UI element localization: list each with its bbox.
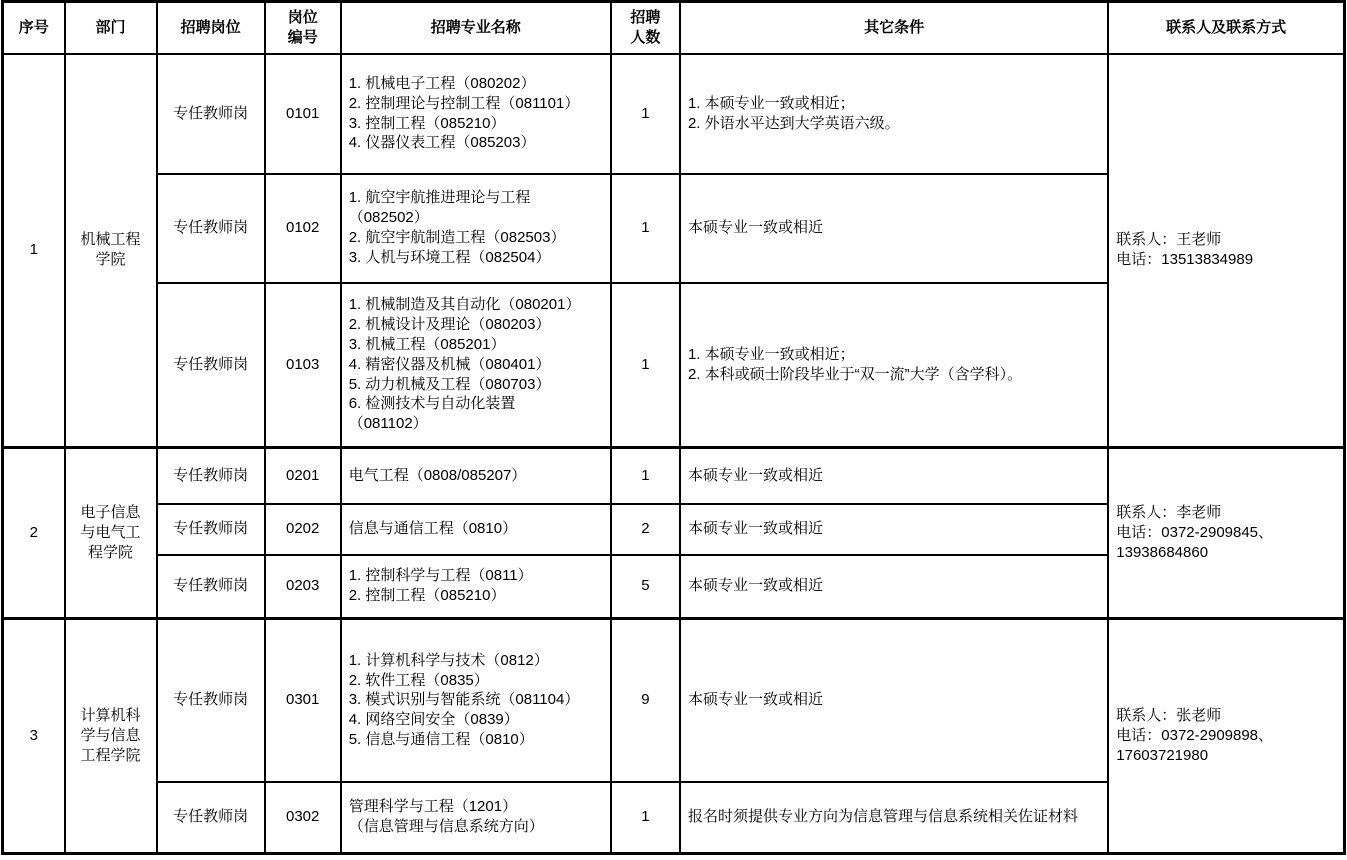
cell-majors: 电气工程（0808/085207） [341, 448, 611, 504]
cell-contact: 联系人：李老师 电话：0372-2909845、 13938684860 [1108, 448, 1344, 619]
cell-post-code: 0301 [265, 619, 341, 782]
cell-post-code: 0302 [265, 782, 341, 854]
cell-majors: 信息与通信工程（0810） [341, 504, 611, 555]
cell-majors: 1. 控制科学与工程（0811） 2. 控制工程（085210） [341, 555, 611, 619]
cell-post-code: 0203 [265, 555, 341, 619]
cell-conditions: 本硕专业一致或相近 [680, 619, 1108, 782]
cell-majors: 管理科学与工程（1201） （信息管理与信息系统方向） [341, 782, 611, 854]
table-row: 2 电子信息 与电气工 程学院 专任教师岗 0201 电气工程（0808/085… [3, 448, 1345, 504]
cell-post-title: 专任教师岗 [157, 174, 265, 283]
cell-post-title: 专任教师岗 [157, 619, 265, 782]
cell-post-title: 专任教师岗 [157, 782, 265, 854]
cell-majors: 1. 航空宇航推进理论与工程 （082502） 2. 航空宇航制造工程（0825… [341, 174, 611, 283]
cell-contact: 联系人：王老师 电话：13513834989 [1108, 54, 1344, 448]
cell-department: 计算机科 学与信息 工程学院 [65, 619, 157, 854]
table-row: 3 计算机科 学与信息 工程学院 专任教师岗 0301 1. 计算机科学与技术（… [3, 619, 1345, 782]
recruitment-table: 序号 部门 招聘岗位 岗位 编号 招聘专业名称 招聘 人数 其它条件 联系人及联… [1, 0, 1346, 855]
cell-count: 1 [611, 174, 680, 283]
cell-count: 5 [611, 555, 680, 619]
cell-count: 1 [611, 782, 680, 854]
cell-conditions: 1. 本硕专业一致或相近； 2. 本科或硕士阶段毕业于“双一流”大学（含学科）。 [680, 283, 1108, 448]
cell-post-title: 专任教师岗 [157, 448, 265, 504]
cell-majors: 1. 机械电子工程（080202） 2. 控制理论与控制工程（081101） 3… [341, 54, 611, 174]
cell-count: 9 [611, 619, 680, 782]
cell-department: 机械工程 学院 [65, 54, 157, 448]
cell-section-no: 3 [3, 619, 65, 854]
cell-post-code: 0201 [265, 448, 341, 504]
col-header-department: 部门 [65, 2, 157, 54]
cell-count: 2 [611, 504, 680, 555]
cell-section-no: 2 [3, 448, 65, 619]
cell-post-code: 0101 [265, 54, 341, 174]
cell-department: 电子信息 与电气工 程学院 [65, 448, 157, 619]
cell-post-title: 专任教师岗 [157, 54, 265, 174]
cell-post-title: 专任教师岗 [157, 283, 265, 448]
document-page: 序号 部门 招聘岗位 岗位 编号 招聘专业名称 招聘 人数 其它条件 联系人及联… [0, 0, 1347, 860]
cell-majors: 1. 计算机科学与技术（0812） 2. 软件工程（0835） 3. 模式识别与… [341, 619, 611, 782]
cell-conditions: 本硕专业一致或相近 [680, 504, 1108, 555]
cell-conditions: 1. 本硕专业一致或相近； 2. 外语水平达到大学英语六级。 [680, 54, 1108, 174]
cell-section-no: 1 [3, 54, 65, 448]
cell-contact: 联系人：张老师 电话：0372-2909898、 17603721980 [1108, 619, 1344, 854]
col-header-no: 序号 [3, 2, 65, 54]
cell-count: 1 [611, 283, 680, 448]
cell-conditions: 本硕专业一致或相近 [680, 555, 1108, 619]
cell-majors: 1. 机械制造及其自动化（080201） 2. 机械设计及理论（080203） … [341, 283, 611, 448]
col-header-count: 招聘 人数 [611, 2, 680, 54]
col-header-code: 岗位 编号 [265, 2, 341, 54]
cell-post-title: 专任教师岗 [157, 555, 265, 619]
col-header-conditions: 其它条件 [680, 2, 1108, 54]
cell-post-code: 0103 [265, 283, 341, 448]
cell-conditions: 报名时须提供专业方向为信息管理与信息系统相关佐证材料 [680, 782, 1108, 854]
cell-conditions: 本硕专业一致或相近 [680, 448, 1108, 504]
table-row: 1 机械工程 学院 专任教师岗 0101 1. 机械电子工程（080202） 2… [3, 54, 1345, 174]
col-header-post: 招聘岗位 [157, 2, 265, 54]
cell-conditions: 本硕专业一致或相近 [680, 174, 1108, 283]
cell-post-title: 专任教师岗 [157, 504, 265, 555]
cell-count: 1 [611, 54, 680, 174]
cell-post-code: 0202 [265, 504, 341, 555]
cell-post-code: 0102 [265, 174, 341, 283]
cell-count: 1 [611, 448, 680, 504]
col-header-contact: 联系人及联系方式 [1108, 2, 1344, 54]
col-header-majors: 招聘专业名称 [341, 2, 611, 54]
table-header-row: 序号 部门 招聘岗位 岗位 编号 招聘专业名称 招聘 人数 其它条件 联系人及联… [3, 2, 1345, 54]
